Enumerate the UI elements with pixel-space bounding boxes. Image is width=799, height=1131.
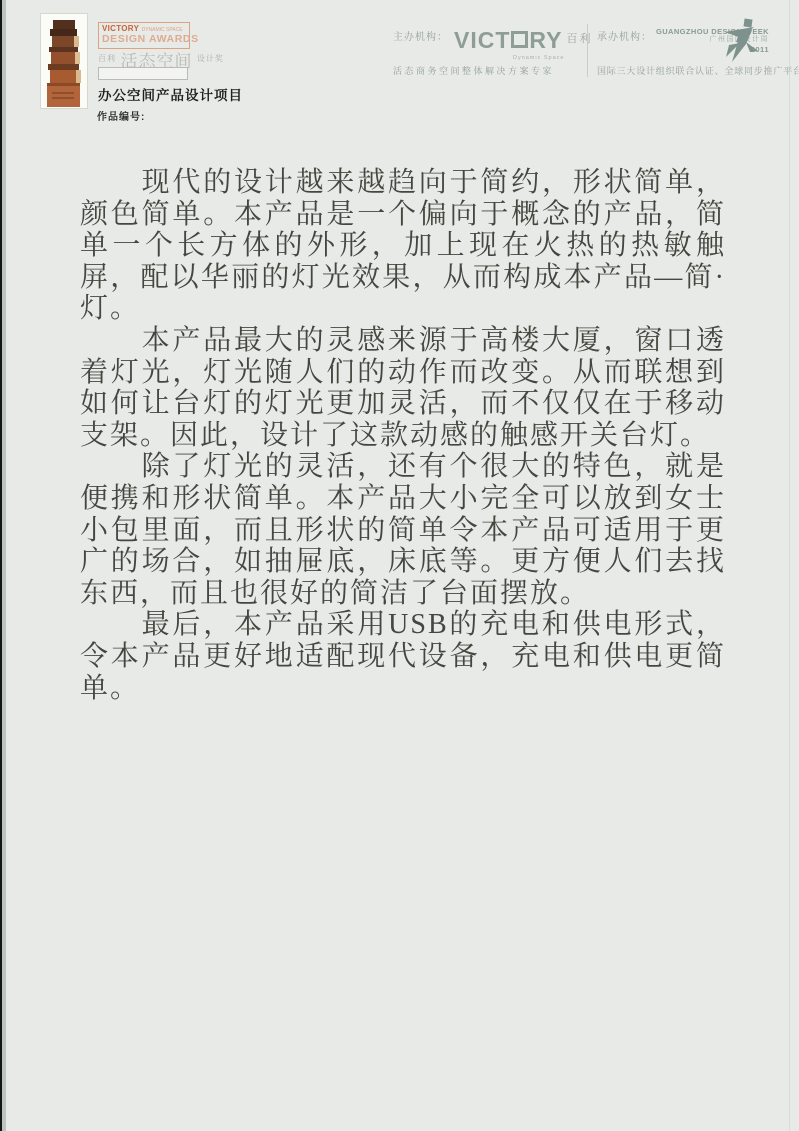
organizer-block: 主办机构：VICTRYDynamic Space百利: [393, 27, 593, 54]
page-left-shadow: [2, 0, 6, 1131]
victory-design-awards-logo: VICTORY DYNAMIC SPACE DESIGN AWARDS: [98, 22, 190, 49]
wordmark-subtitle: Dynamic Space: [513, 55, 565, 61]
organizer-slogan: 活态商务空间整体解决方案专家: [393, 64, 554, 77]
wordmark-post: RY: [529, 27, 562, 53]
brand-suffix: 设计奖: [197, 54, 224, 63]
product-photo: [40, 13, 88, 109]
paragraph-1: 现代的设计越来越趋向于简约，形状简单，颜色简单。本产品是一个偏向于概念的产品，简…: [80, 167, 726, 325]
entry-number-label: 作品编号:: [97, 108, 145, 123]
square-o-icon: [511, 31, 528, 48]
award-design-awards-text: DESIGN AWARDS: [102, 34, 186, 46]
brand-prefix: 百利: [98, 54, 116, 63]
drawer-stack-image: [45, 18, 83, 104]
page-right-edge: [789, 0, 790, 1131]
wordmark-chinese: 百利: [567, 33, 593, 45]
entry-number-box: [98, 67, 188, 80]
organizer-label: 主办机构：: [393, 32, 448, 43]
undertaker-slogan: 国际三大设计组织联合认证、全球同步推广平台: [597, 64, 799, 77]
description-text: 现代的设计越来越趋向于简约，形状简单，颜色简单。本产品是一个偏向于概念的产品，简…: [80, 167, 726, 704]
award-victory-text: VICTORY: [102, 24, 139, 33]
document-page: VICTORY DYNAMIC SPACE DESIGN AWARDS 百利 活…: [0, 0, 799, 1131]
wordmark-pre: VICT: [454, 27, 510, 53]
header-divider: [587, 24, 588, 77]
victory-wordmark: VICTRYDynamic Space: [454, 27, 563, 54]
paragraph-2: 本产品最大的灵感来源于高楼大厦，窗口透着灯光，灯光随人们的动作而改变。从而联想到…: [80, 325, 726, 451]
design-week-logo-icon: [724, 18, 758, 63]
undertaker-label: 承办机构：: [597, 32, 652, 43]
paragraph-4: 最后，本产品采用USB的充电和供电形式，令本产品更好地适配现代设备，充电和供电更…: [80, 609, 726, 704]
project-title: 办公空间产品设计项目: [98, 84, 243, 104]
paragraph-3: 除了灯光的灵活，还有个很大的特色，就是便携和形状简单。本产品大小完全可以放到女士…: [80, 451, 726, 609]
